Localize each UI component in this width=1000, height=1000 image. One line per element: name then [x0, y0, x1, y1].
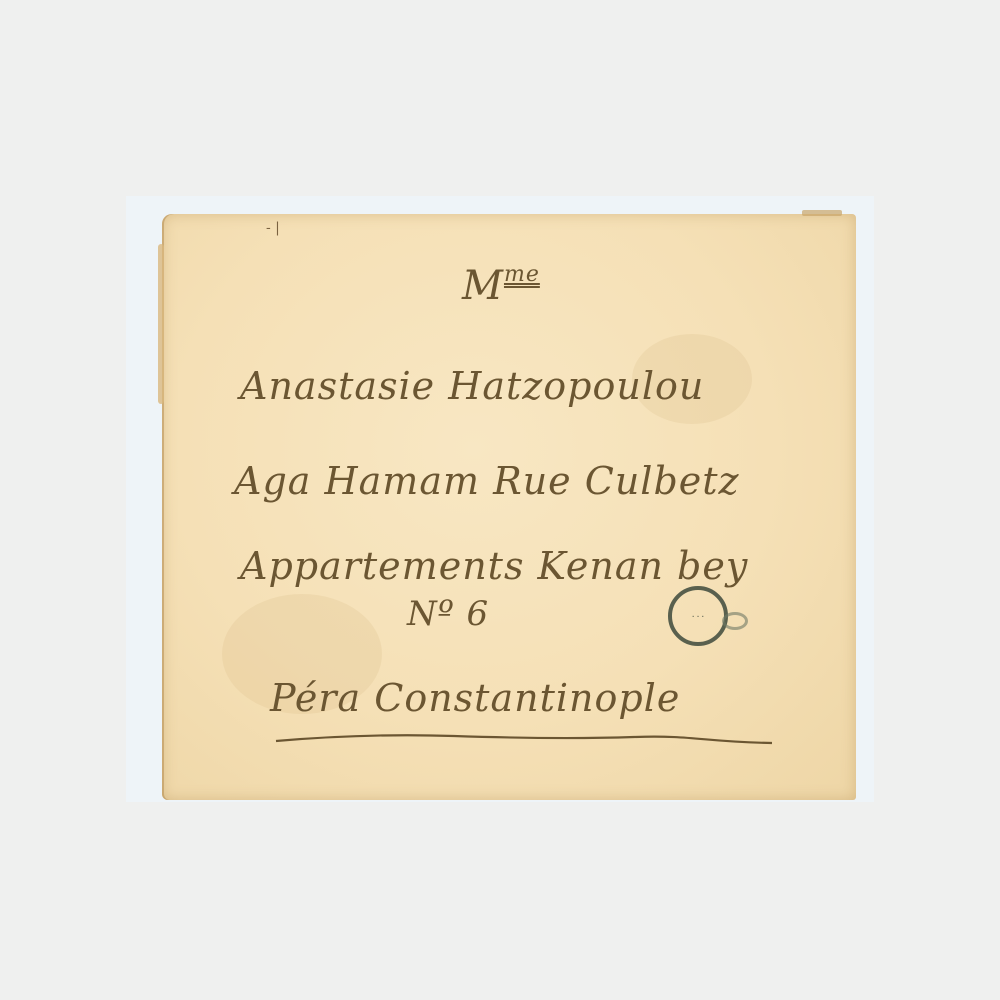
address-city: Péra Constantinople — [270, 676, 680, 720]
envelope: - | Mme Anastasie Hatzopoulou Aga Hamam … — [162, 214, 856, 800]
postmark-smudge — [722, 612, 748, 630]
salutation-superscript: me — [504, 262, 540, 287]
address-number: Nº 6 — [407, 594, 489, 634]
salutation: Mme — [462, 262, 540, 309]
postmark-stamp: ··· — [668, 586, 728, 646]
address-street: Aga Hamam Rue Culbetz — [234, 459, 740, 503]
top-pencil-marks: - | — [266, 220, 280, 236]
recipient-name: Anastasie Hatzopoulou — [240, 364, 704, 408]
salutation-title: M — [462, 263, 504, 309]
postmark-text: ··· — [691, 612, 705, 621]
city-underline — [274, 732, 774, 746]
address-building: Appartements Kenan bey — [240, 544, 748, 588]
